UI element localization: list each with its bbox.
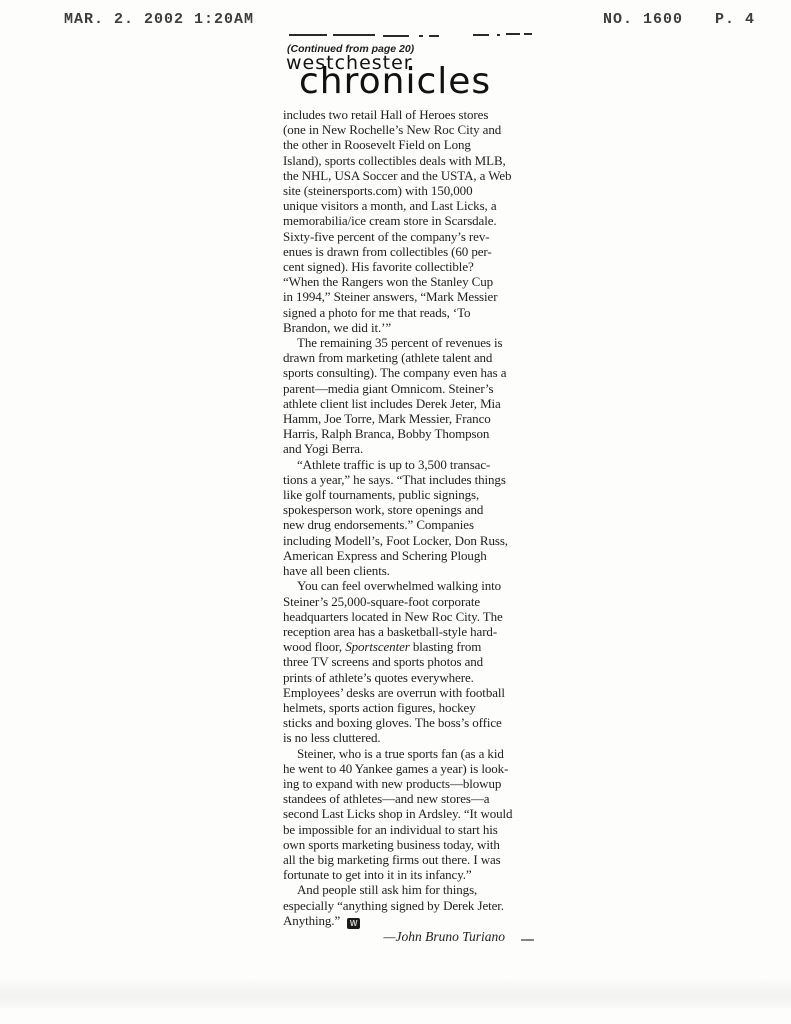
article-line: tions a year,” he says. “That includes t… xyxy=(283,472,551,487)
article-line: unique visitors a month, and Last Licks,… xyxy=(283,198,551,213)
article-line: is no less cluttered. xyxy=(283,730,551,745)
scan-edge-band xyxy=(0,980,791,1008)
article-line: Harris, Ralph Branca, Bobby Thompson xyxy=(283,426,551,441)
article-line: new drug endorsements.” Companies xyxy=(283,517,551,532)
article-line: second Last Licks shop in Ardsley. “It w… xyxy=(283,806,551,821)
fax-doc-number: NO. 1600 xyxy=(603,11,683,28)
article-line: three TV screens and sports photos and xyxy=(283,654,551,669)
article-line: headquarters located in New Roc City. Th… xyxy=(283,609,551,624)
article-line: includes two retail Hall of Heroes store… xyxy=(283,107,551,122)
article-line: Sixty-five percent of the company’s rev- xyxy=(283,229,551,244)
article-line: sports consulting). The company even has… xyxy=(283,365,551,380)
article-line: all the big marketing firms out there. I… xyxy=(283,852,551,867)
article-line: (one in New Rochelle’s New Roc City and xyxy=(283,122,551,137)
article-line: reception area has a basketball-style ha… xyxy=(283,624,551,639)
article-line: especially “anything signed by Derek Jet… xyxy=(283,898,551,913)
article-line: athlete client list includes Derek Jeter… xyxy=(283,396,551,411)
article-line: standees of athletes—and new stores—a xyxy=(283,791,551,806)
article-line: “When the Rangers won the Stanley Cup xyxy=(283,274,551,289)
fax-page-number: P. 4 xyxy=(715,11,755,28)
article-line: wood floor, Sportscenter blasting from xyxy=(283,639,551,654)
article-line: and Yogi Berra. xyxy=(283,441,551,456)
article-line: sticks and boxing gloves. The boss’s off… xyxy=(283,715,551,730)
byline: —John Bruno Turiano xyxy=(283,929,545,945)
article-line: Hamm, Joe Torre, Mark Messier, Franco xyxy=(283,411,551,426)
fax-header-right: NO. 1600 P. 4 xyxy=(603,11,755,28)
article-line: be impossible for an individual to start… xyxy=(283,822,551,837)
article-line: the other in Roosevelt Field on Long xyxy=(283,137,551,152)
masthead-chronicles: chronicles xyxy=(299,64,491,100)
scanned-fax-page: MAR. 2. 2002 1:20AM NO. 1600 P. 4 (Conti… xyxy=(0,0,791,1024)
article-line: spokesperson work, store openings and xyxy=(283,502,551,517)
article-line: Steiner’s 25,000-square-foot corporate xyxy=(283,594,551,609)
article-line: parent—media giant Omnicom. Steiner’s xyxy=(283,381,551,396)
article-line: helmets, sports action figures, hockey xyxy=(283,700,551,715)
article-line: fortunate to get into it in its infancy.… xyxy=(283,867,551,882)
article-line: The remaining 35 percent of revenues is xyxy=(283,335,551,350)
article-line: cent signed). His favorite collectible? xyxy=(283,259,551,274)
article-line: like golf tournaments, public signings, xyxy=(283,487,551,502)
article-line: ing to expand with new products—blowup xyxy=(283,776,551,791)
article-line: drawn from marketing (athlete talent and xyxy=(283,350,551,365)
article-line: You can feel overwhelmed walking into xyxy=(283,578,551,593)
fax-header: MAR. 2. 2002 1:20AM NO. 1600 P. 4 xyxy=(0,11,791,31)
stray-mark xyxy=(521,939,534,941)
article-line: including Modell’s, Foot Locker, Don Rus… xyxy=(283,533,551,548)
article-line: memorabilia/ice cream store in Scarsdale… xyxy=(283,213,551,228)
article-line: signed a photo for me that reads, ‘To xyxy=(283,305,551,320)
article-line: own sports marketing business today, wit… xyxy=(283,837,551,852)
article-line: Anything.”W xyxy=(283,913,551,929)
article-line: “Athlete traffic is up to 3,500 transac- xyxy=(283,457,551,472)
fax-datetime: MAR. 2. 2002 1:20AM xyxy=(64,11,254,28)
end-of-article-mark-icon: W xyxy=(347,918,360,929)
article-line: site (steinersports.com) with 150,000 xyxy=(283,183,551,198)
article-body: includes two retail Hall of Heroes store… xyxy=(283,107,551,929)
article-line: And people still ask him for things, xyxy=(283,882,551,897)
article-line: prints of athlete’s quotes everywhere. xyxy=(283,670,551,685)
article-line: enues is drawn from collectibles (60 per… xyxy=(283,244,551,259)
article-line: Steiner, who is a true sports fan (as a … xyxy=(283,746,551,761)
article-line: the NHL, USA Soccer and the USTA, a Web xyxy=(283,168,551,183)
article-line: have all been clients. xyxy=(283,563,551,578)
article-line: in 1994,” Steiner answers, “Mark Messier xyxy=(283,289,551,304)
article-line: Employees’ desks are overrun with footba… xyxy=(283,685,551,700)
article-line: Brandon, we did it.’” xyxy=(283,320,551,335)
article-line: Island), sports collectibles deals with … xyxy=(283,153,551,168)
article-line: American Express and Schering Plough xyxy=(283,548,551,563)
article-line: he went to 40 Yankee games a year) is lo… xyxy=(283,761,551,776)
torn-rule xyxy=(289,34,532,37)
